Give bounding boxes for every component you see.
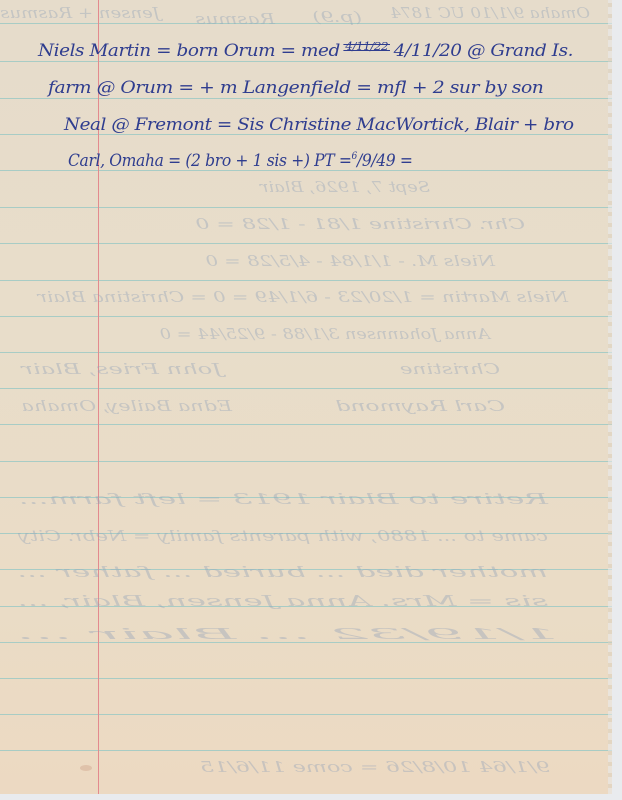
bleed-through-text: 1/19/32 ... Blair ...	[16, 625, 558, 643]
bleed-through-text: Niels Martin = 1/20/23 - 6/1/49 = 0 = Ch…	[38, 288, 568, 306]
bleed-through-text: Sept 7, 1926, Blair	[260, 178, 430, 196]
bleed-through-text: Rasmus	[195, 10, 275, 28]
bleed-through-text: Jensen + Rasmus	[0, 4, 160, 22]
handwritten-line-3: Neal @ Fremont = Sis Christine MacWortic…	[64, 115, 574, 135]
rule-line	[0, 750, 612, 751]
bleed-through-text: Retire to Blair 1913 = left farm...	[19, 490, 548, 508]
bleed-through-text: Chr. Christine 1/81 - 1/28 = 0	[195, 215, 525, 233]
line-1-date-place: 4/11/20 @ Grand Is.	[394, 41, 573, 61]
bleed-through-text: 9/1/64 10/8/26 = come 11/6/15	[200, 758, 550, 776]
bleed-through-text: Carl Raymond	[335, 397, 505, 415]
bleed-through-text: Niels M. - 1/1/84 - 4/5/28 = 0	[206, 252, 495, 270]
bleed-through-text: Edna Bailey, Omaha	[21, 397, 232, 415]
rule-line	[0, 461, 612, 462]
rule-line	[0, 280, 612, 281]
rule-line	[0, 678, 612, 679]
line-2-text: farm @ Orum = + m Langenfield = mfl + 2 …	[48, 78, 543, 98]
handwritten-line-4: Carl, Omaha = (2 bro + 1 sis +) PT =6/9/…	[68, 151, 413, 171]
handwritten-line-2: farm @ Orum = + m Langenfield = mfl + 2 …	[48, 78, 543, 98]
rule-line	[0, 388, 612, 389]
rule-line	[0, 352, 612, 353]
line-1-text: Niels Martin = born Orum = med	[38, 41, 340, 61]
bleed-through-text: John Fries, Blair	[21, 360, 222, 378]
rule-line	[0, 98, 612, 99]
rule-line	[0, 714, 612, 715]
bleed-through-text: Omaha 9/1/10 UC 1874	[390, 4, 590, 22]
line-4-text: Carl, Omaha = (2 bro + 1 sis +) PT =	[68, 151, 352, 171]
line-4-date: /9/49 =	[357, 151, 413, 171]
rule-line	[0, 207, 612, 208]
bleed-through-text: (p.9)	[313, 8, 362, 26]
rule-line	[0, 316, 612, 317]
rule-line	[0, 23, 612, 24]
torn-perforated-edge	[608, 0, 612, 794]
paper-stain	[80, 765, 92, 771]
notebook-page: Jensen + Rasmus Rasmus (p.9) Omaha 9/1/1…	[0, 0, 612, 794]
struck-out-date: 4/11/22	[345, 40, 388, 53]
bleed-through-text: came to ... 1880, with parents family = …	[18, 527, 548, 545]
bleed-through-text: Anna Johannsen 3/1/88 - 9/25/44 = 0	[160, 325, 490, 343]
bleed-through-text: mother died ... buried ... father ...	[17, 563, 548, 581]
rule-line	[0, 61, 612, 62]
bleed-through-text: Christine	[400, 360, 500, 378]
bleed-through-text: sis = Mrs. Anna Jensen, Blair, ...	[18, 592, 548, 610]
rule-line	[0, 424, 612, 425]
rule-line	[0, 243, 612, 244]
handwritten-line-1: Niels Martin = born Orum = med 4/11/22 4…	[38, 40, 573, 61]
line-3-text: Neal @ Fremont = Sis Christine MacWortic…	[64, 115, 574, 135]
